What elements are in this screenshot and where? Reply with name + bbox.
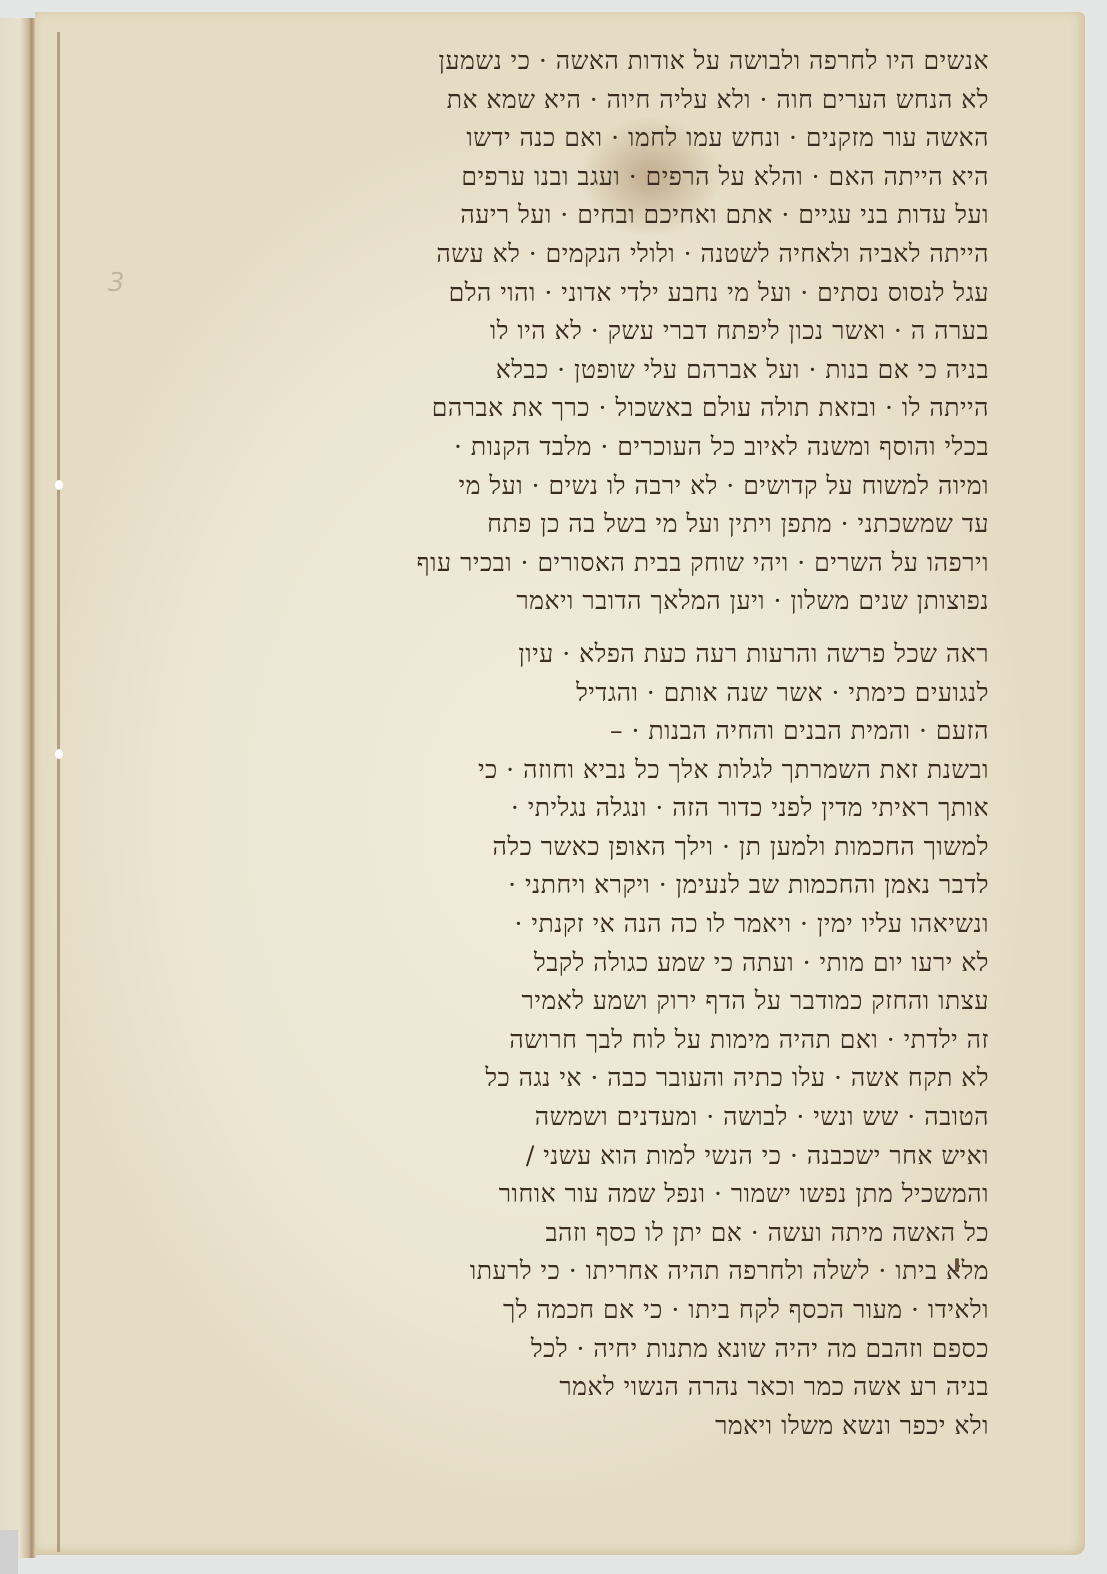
text-line: וירפהו על השרים · ויהי שוחק בבית האסורים… bbox=[169, 544, 989, 583]
text-line: ונשיאהו עליו ימין · ויאמר לו כה הנה אי ז… bbox=[169, 905, 989, 944]
paragraph-2: ראה שכל פרשה והרעות רעה כעת הפלא · עיון … bbox=[169, 635, 989, 1445]
text-line: הזעם · והמית הבנים והחיה הבנות · – bbox=[169, 712, 989, 751]
text-line: ועל עדות בני עגיים · אתם ואחיכם ובחים · … bbox=[169, 196, 989, 235]
text-line: בכלי והוסף ומשנה לאיוב כל העוכרים · מלבד… bbox=[169, 428, 989, 467]
text-line: הטובה · שש ונשי · לבושה · ומעדנים ושמשה bbox=[169, 1098, 989, 1137]
text-line: למשוך החכמות ולמען תן · וילך האופן כאשר … bbox=[169, 828, 989, 867]
text-line: ובשנת זאת השמרתך לגלות אלך כל נביא וחוזה… bbox=[169, 751, 989, 790]
text-line: אנשים היו לחרפה ולבושה על אודות האשה · כ… bbox=[169, 42, 989, 81]
binding-strip bbox=[0, 18, 36, 1558]
text-line: אותך ראיתי מדין לפני כדור הזה · ונגלה נג… bbox=[169, 789, 989, 828]
text-line: לנגועים כימתי · אשר שנה אותם · והגדיל bbox=[169, 674, 989, 713]
margin-ink-mark bbox=[955, 1258, 959, 1272]
text-line: היא הייתה האם · והלא על הרפים · ועגב ובנ… bbox=[169, 158, 989, 197]
text-line: עד שמשכתני · מתפן ויתין ועל מי בשל בה כן… bbox=[169, 505, 989, 544]
text-line: לא ירעו יום מותי · ועתה כי שמע כגולה לקב… bbox=[169, 944, 989, 983]
text-line: ולא יכפר ונשא משלו ויאמר bbox=[169, 1407, 989, 1446]
text-line: לא הנחש הערים חוה · ולא עליה חיוה · היא … bbox=[169, 81, 989, 120]
binding-board-edge bbox=[0, 1530, 18, 1574]
manuscript-text-block: אנשים היו לחרפה ולבושה על אודות האשה · כ… bbox=[169, 42, 989, 1445]
text-line: לדבר נאמן והחכמות שב לנעימן · ויקרא ויחת… bbox=[169, 866, 989, 905]
text-line: בניה רע אשה כמר וכאר נהרה הנשוי לאמר bbox=[169, 1368, 989, 1407]
text-line: כל האשה מיתה ועשה · אם יתן לו כסף וזהב bbox=[169, 1214, 989, 1253]
text-line: כספם וזהבם מה יהיה שונא מתנות יחיה · לכל bbox=[169, 1330, 989, 1369]
sewing-hole bbox=[55, 749, 63, 759]
text-line: בניה כי אם בנות · ועל אברהם עלי שופטן · … bbox=[169, 351, 989, 390]
paragraph-gap bbox=[169, 621, 989, 635]
paragraph-1: אנשים היו לחרפה ולבושה על אודות האשה · כ… bbox=[169, 42, 989, 621]
gutter-fold-line bbox=[57, 32, 60, 1552]
text-line: ראה שכל פרשה והרעות רעה כעת הפלא · עיון bbox=[169, 635, 989, 674]
pencil-folio-number: 3 bbox=[108, 268, 125, 298]
text-line: והמשכיל מתן נפשו ישמור · ונפל שמה עור או… bbox=[169, 1175, 989, 1214]
text-line: הייתה לו · ובזאת תולה עולם באשכול · כרך … bbox=[169, 389, 989, 428]
text-line: מלא ביתו · לשלה ולחרפה תהיה אחריתו · כי … bbox=[169, 1252, 989, 1291]
text-line: הייתה לאביה ולאחיה לשטנה · ולולי הנקמים … bbox=[169, 235, 989, 274]
text-line: זה ילדתי · ואם תהיה מימות על לוח לבך חרו… bbox=[169, 1021, 989, 1060]
text-line: ולאידו · מעור הכסף לקח ביתו · כי אם חכמה… bbox=[169, 1291, 989, 1330]
text-line: בערה ה · ואשר נכון ליפתח דברי עשק · לא ה… bbox=[169, 312, 989, 351]
text-line: ומיוה למשוח על קדושים · לא ירבה לו נשים … bbox=[169, 467, 989, 506]
sewing-hole bbox=[55, 480, 63, 490]
text-line: האשה עור מזקנים · ונחש עמו לחמו · ואם כנ… bbox=[169, 119, 989, 158]
text-line: עגל לנסוס נסתים · ועל מי נחבע ילדי אדוני… bbox=[169, 274, 989, 313]
text-line: עצתו והחזק כמודבר על הדף ירוק ושמע לאמיר bbox=[169, 982, 989, 1021]
text-line: לא תקח אשה · עלו כתיה והעובר כבה · אי נג… bbox=[169, 1059, 989, 1098]
text-line: ואיש אחר ישכבנה · כי הנשי למות הוא עשני … bbox=[169, 1137, 989, 1176]
text-line: נפוצותן שנים משלון · ויען המלאך הדובר וי… bbox=[169, 582, 989, 621]
